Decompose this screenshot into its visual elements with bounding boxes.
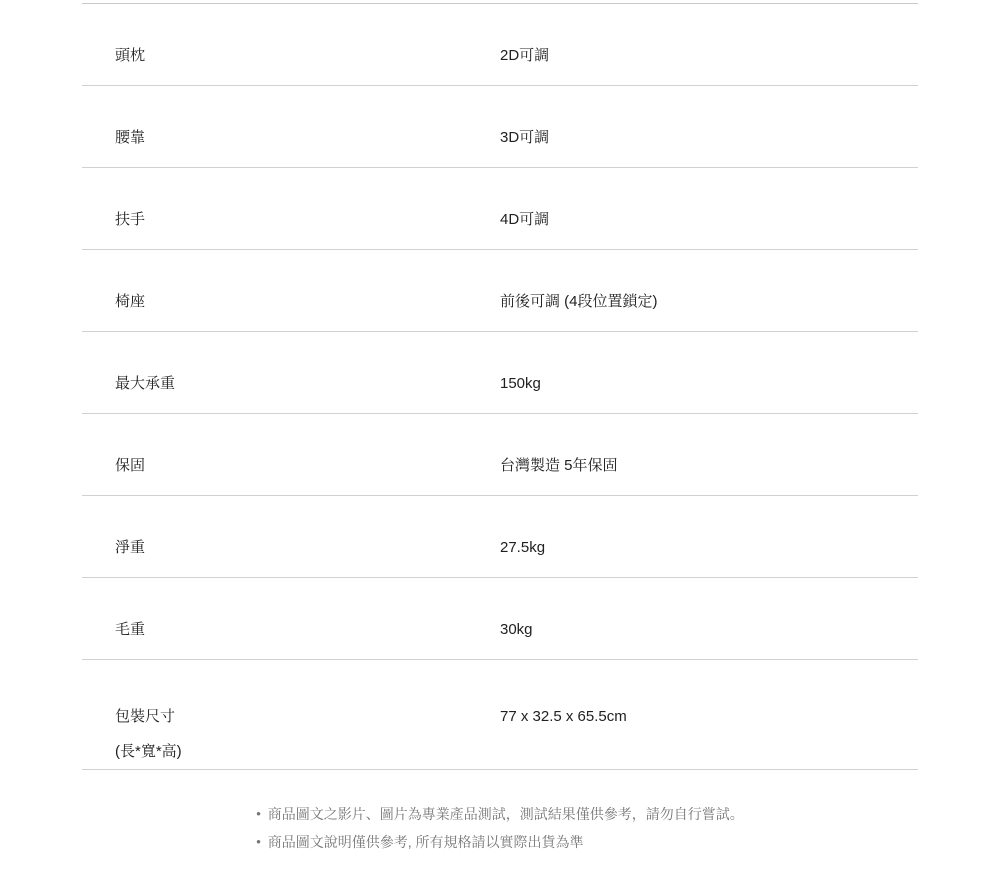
spec-label: 扶手: [82, 210, 500, 230]
notes-section: •商品圖文之影片、圖片為專業產品測試，測試結果僅供參考，請勿自行嘗試。 •商品圖…: [0, 800, 1000, 856]
spec-row-net-weight: 淨重 27.5kg: [82, 496, 918, 578]
spec-label-sub: (長*寬*高): [115, 742, 500, 762]
note-item: •商品圖文說明僅供參考, 所有規格請以實際出貨為準: [256, 828, 744, 856]
spec-label-main: 包裝尺寸: [115, 707, 500, 727]
bullet-icon: •: [256, 800, 261, 827]
note-text: 商品圖文之影片、圖片為專業產品測試，測試結果僅供參考，請勿自行嘗試。: [268, 806, 744, 822]
spec-label: 保固: [82, 456, 500, 476]
spec-label: 椅座: [82, 292, 500, 312]
spec-value: 台灣製造 5年保固: [500, 456, 918, 476]
spec-row-package-size: 包裝尺寸 (長*寬*高) 77 x 32.5 x 65.5cm: [82, 660, 918, 770]
spec-row-warranty: 保固 台灣製造 5年保固: [82, 414, 918, 496]
spec-value: 3D可調: [500, 128, 918, 148]
spec-label: 包裝尺寸 (長*寬*高): [82, 707, 500, 762]
spec-label: 淨重: [82, 538, 500, 558]
spec-value: 2D可調: [500, 46, 918, 66]
spec-value: 30kg: [500, 620, 918, 640]
spec-row-gross-weight: 毛重 30kg: [82, 578, 918, 660]
spec-label: 毛重: [82, 620, 500, 640]
notes-list: •商品圖文之影片、圖片為專業產品測試，測試結果僅供參考，請勿自行嘗試。 •商品圖…: [256, 800, 744, 856]
spec-row-seat: 椅座 前後可調 (4段位置鎖定): [82, 250, 918, 332]
note-text: 商品圖文說明僅供參考, 所有規格請以實際出貨為準: [268, 834, 584, 850]
spec-label: 最大承重: [82, 374, 500, 394]
spec-row-armrest: 扶手 4D可調: [82, 168, 918, 250]
spec-row-lumbar: 腰靠 3D可調: [82, 86, 918, 168]
spec-label: 頭枕: [82, 46, 500, 66]
spec-label: 腰靠: [82, 128, 500, 148]
spec-row-max-load: 最大承重 150kg: [82, 332, 918, 414]
product-spec-table: 頭枕 2D可調 腰靠 3D可調 扶手 4D可調 椅座 前後可調 (4段位置鎖定)…: [82, 3, 918, 770]
note-item: •商品圖文之影片、圖片為專業產品測試，測試結果僅供參考，請勿自行嘗試。: [256, 800, 744, 828]
spec-value: 77 x 32.5 x 65.5cm: [500, 707, 918, 727]
spec-value: 150kg: [500, 374, 918, 394]
bullet-icon: •: [256, 828, 261, 855]
spec-value: 4D可調: [500, 210, 918, 230]
spec-row-headrest: 頭枕 2D可調: [82, 4, 918, 86]
spec-value: 27.5kg: [500, 538, 918, 558]
spec-value: 前後可調 (4段位置鎖定): [500, 292, 918, 312]
